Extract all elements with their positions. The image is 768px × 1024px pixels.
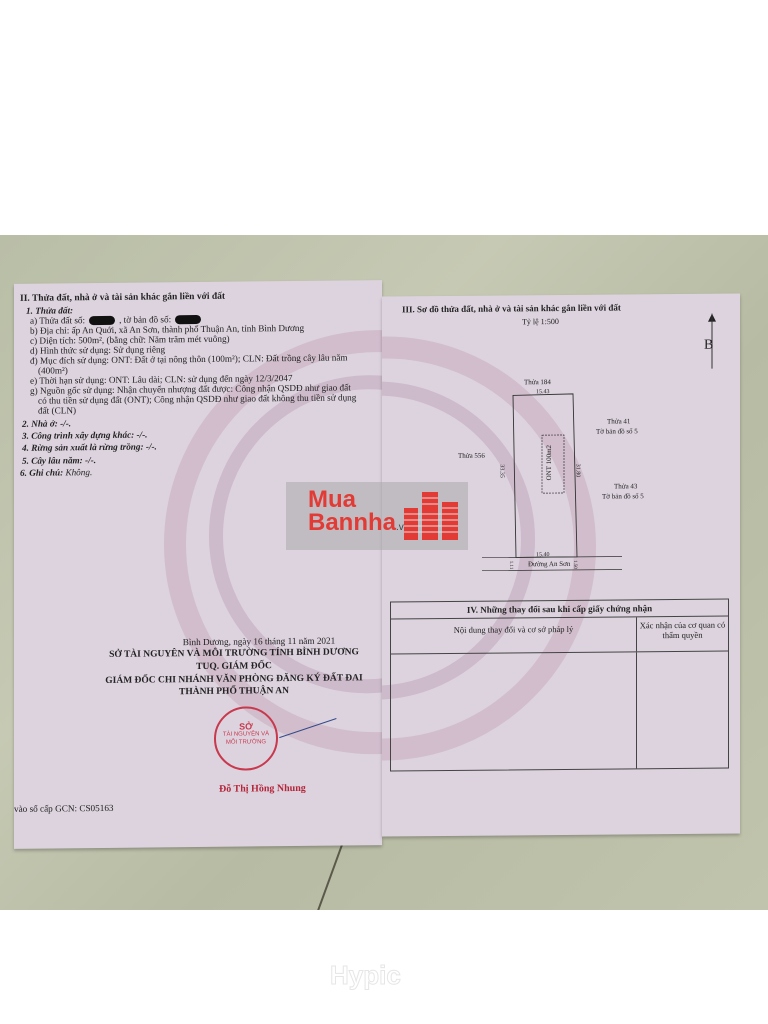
signer-name: Đỗ Thị Hồng Nhung [219,783,306,795]
parcel-43-sheet: Tờ bản đồ số 5 [602,491,644,503]
col-authority-confirmation: Xác nhận của cơ quan có thẩm quyền [637,617,728,652]
watermark-line2: Bannha [308,509,396,536]
watermark-line1: Mua [308,488,409,511]
parcel-556-label: Thửa 556 [458,451,485,462]
north-arrow-label: B [704,340,713,351]
house-row: 2. Nhà ở: -/-. [22,418,71,430]
dim-top: 15.43 [536,387,550,398]
certificate-left-page: II. Thửa đất, nhà ở và tài sản khác gắn … [14,280,382,849]
document-photo: II. Thửa đất, nhà ở và tài sản khác gắn … [0,235,768,910]
parcel-number-label: a) Thửa đất số: [30,315,85,326]
map-sheet-label: , tờ bản đồ số: [119,314,171,325]
other-construction-row: 3. Công trình xây dựng khác: -/-. [22,430,147,443]
note-row: 6. Ghi chú: Không. [20,467,92,479]
note-label: 6. Ghi chú: [20,467,63,477]
dim-road-right: 1.50 [569,560,580,569]
section-ii-title: II. Thửa đất, nhà ở và tài sản khác gắn … [20,292,225,305]
dim-left: 33.35 [495,464,506,478]
house-footprint-label: ONT 100m2 [544,445,555,481]
forest-row: 4. Rừng sản xuất là rừng trồng: -/-. [22,441,157,454]
origin-row-cont2: đất (CLN) [38,405,76,417]
col-change-content: Nội dung thay đổi và cơ sở pháp lý [391,617,637,653]
changes-content-cell [391,652,637,770]
stamp-line2: MÔI TRƯỜNG [216,738,276,747]
floor-crack [316,837,345,910]
changes-table: IV. Những thay đổi sau khi cấp giấy chứn… [390,599,729,772]
changes-table-header: Nội dung thay đổi và cơ sở pháp lý Xác n… [391,617,728,655]
register-number: Số vào sổ cấp GCN: CS05163 [14,803,114,815]
hypic-app-watermark: Hypic [330,960,401,991]
perennial-row: 5. Cây lâu năm: -/-. [22,455,96,467]
watermark-logo-text: Mua Bannha.vn [308,488,409,539]
dim-right: 31.80 [571,464,582,478]
dim-road-left: 1.11 [505,561,516,570]
muabannha-watermark: Mua Bannha.vn [286,482,468,550]
changes-table-body [391,652,728,771]
official-red-stamp: SỞ TÀI NGUYÊN VÀ MÔI TRƯỜNG [214,706,278,771]
buildings-logo-icon [404,492,458,540]
certificate-right-page: III. Sơ đồ thửa đất, nhà ở và tài sản kh… [382,293,740,836]
note-value: Không. [65,467,92,477]
road-label: Đường An Sơn [528,559,570,571]
parcel-41-sheet: Tờ bản đồ số 5 [596,426,638,438]
